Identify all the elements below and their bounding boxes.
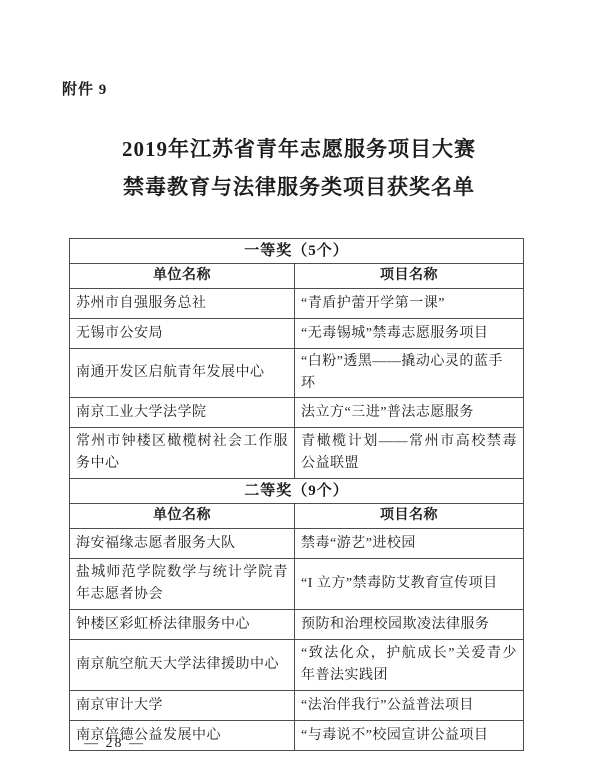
project-cell: “无毒锡城”禁毒志愿服务项目 — [295, 319, 524, 349]
unit-cell: 南京航空航天大学法律援助中心 — [70, 640, 295, 691]
project-cell: 预防和治理校园欺凌法律服务 — [295, 610, 524, 640]
table-row: 苏州市自强服务总社 “青盾护蕾开学第一课” — [70, 289, 524, 319]
document-title: 2019年江苏省青年志愿服务项目大赛 禁毒教育与法律服务类项目获奖名单 — [0, 130, 598, 206]
column-header-row: 单位名称 项目名称 — [70, 264, 524, 289]
column-header-unit: 单位名称 — [70, 264, 295, 289]
project-cell: “I 立方”禁毒防艾教育宣传项目 — [295, 559, 524, 610]
project-cell: “青盾护蕾开学第一课” — [295, 289, 524, 319]
column-header-row: 单位名称 项目名称 — [70, 504, 524, 529]
unit-cell: 南京工业大学法学院 — [70, 398, 295, 428]
table-row: 无锡市公安局 “无毒锡城”禁毒志愿服务项目 — [70, 319, 524, 349]
unit-cell: 海安福缘志愿者服务大队 — [70, 529, 295, 559]
attachment-label: 附件 9 — [62, 78, 107, 99]
table-row: 盐城师范学院数学与统计学院青年志愿者协会 “I 立方”禁毒防艾教育宣传项目 — [70, 559, 524, 610]
project-cell: 法立方“三进”普法志愿服务 — [295, 398, 524, 428]
award-table: 一等奖（5个） 单位名称 项目名称 苏州市自强服务总社 “青盾护蕾开学第一课” … — [69, 238, 524, 751]
unit-cell: 南京审计大学 — [70, 691, 295, 721]
table-row: 南京工业大学法学院 法立方“三进”普法志愿服务 — [70, 398, 524, 428]
table-row: 钟楼区彩虹桥法律服务中心 预防和治理校园欺凌法律服务 — [70, 610, 524, 640]
project-cell: 禁毒“游艺”进校园 — [295, 529, 524, 559]
project-cell: “与毒说不”校园宣讲公益项目 — [295, 721, 524, 751]
unit-cell: 钟楼区彩虹桥法律服务中心 — [70, 610, 295, 640]
table-row: 南京航空航天大学法律援助中心 “致法化众，护航成长”关爱青少年普法实践团 — [70, 640, 524, 691]
table-row: 海安福缘志愿者服务大队 禁毒“游艺”进校园 — [70, 529, 524, 559]
project-cell: “致法化众，护航成长”关爱青少年普法实践团 — [295, 640, 524, 691]
unit-cell: 盐城师范学院数学与统计学院青年志愿者协会 — [70, 559, 295, 610]
column-header-project: 项目名称 — [295, 264, 524, 289]
unit-cell: 常州市钟楼区橄榄树社会工作服务中心 — [70, 428, 295, 479]
section-header-row: 一等奖（5个） — [70, 239, 524, 264]
table-row: 常州市钟楼区橄榄树社会工作服务中心 青橄榄计划——常州市高校禁毒公益联盟 — [70, 428, 524, 479]
title-line-2: 禁毒教育与法律服务类项目获奖名单 — [0, 168, 598, 206]
page-number: — 28 — — [84, 736, 145, 752]
document-page: 附件 9 2019年江苏省青年志愿服务项目大赛 禁毒教育与法律服务类项目获奖名单… — [0, 0, 598, 773]
table-row: 南通开发区启航青年发展中心 “白粉”透黑——撬动心灵的蓝手环 — [70, 349, 524, 398]
table-row: 南京审计大学 “法治伴我行”公益普法项目 — [70, 691, 524, 721]
section-header-row: 二等奖（9个） — [70, 479, 524, 504]
project-cell: “白粉”透黑——撬动心灵的蓝手环 — [295, 349, 524, 398]
project-cell: “法治伴我行”公益普法项目 — [295, 691, 524, 721]
unit-cell: 苏州市自强服务总社 — [70, 289, 295, 319]
column-header-project: 项目名称 — [295, 504, 524, 529]
column-header-unit: 单位名称 — [70, 504, 295, 529]
project-cell: 青橄榄计划——常州市高校禁毒公益联盟 — [295, 428, 524, 479]
unit-cell: 南通开发区启航青年发展中心 — [70, 349, 295, 398]
title-line-1: 2019年江苏省青年志愿服务项目大赛 — [0, 130, 598, 168]
unit-cell: 无锡市公安局 — [70, 319, 295, 349]
section-title-first-prize: 一等奖（5个） — [70, 239, 524, 264]
section-title-second-prize: 二等奖（9个） — [70, 479, 524, 504]
